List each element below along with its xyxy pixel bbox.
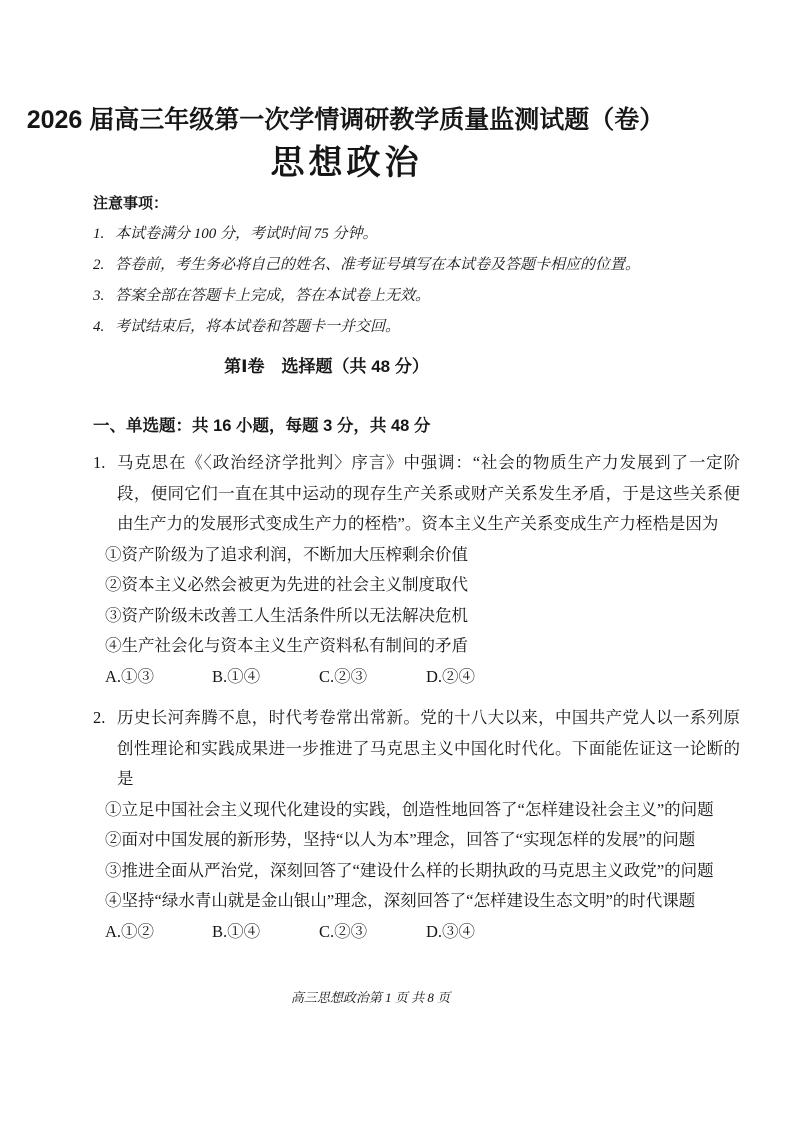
notice-text: 本试卷满分 100 分，考试时间 75 分钟。 <box>115 219 740 250</box>
option-c: C.②③ <box>319 917 426 948</box>
page-content: 2026 届高三年级第一次学情调研教学质量监测试题（卷） 思想政治 注意事项： … <box>93 104 740 1007</box>
page-footer: 高三思想政治第 1 页 共 8 页 <box>47 989 694 1007</box>
question-stem: 2. 历史长河奔腾不息，时代考卷常出常新。党的十八大以来，中国共产党人以一系列原… <box>93 703 740 795</box>
notice-text: 答案全部在答题卡上完成，答在本试卷上无效。 <box>115 281 740 312</box>
answer-options-row: A.①② B.①④ C.②③ D.③④ <box>105 917 740 948</box>
notice-item: 1. 本试卷满分 100 分，考试时间 75 分钟。 <box>93 219 740 250</box>
notice-number: 2. <box>93 250 115 281</box>
question-1: 1. 马克思在《〈政治经济学批判〉序言》中强调：“社会的物质生产力发展到了一定阶… <box>93 448 740 692</box>
exam-title: 2026 届高三年级第一次学情调研教学质量监测试题（卷） <box>22 104 669 136</box>
question-choice-items: ①资产阶级为了追求利润，不断加大压榨剩余价值 ②资本主义必然会被更为先进的社会主… <box>105 540 740 662</box>
question-choice-items: ①立足中国社会主义现代化建设的实践，创造性地回答了“怎样建设社会主义”的问题 ②… <box>105 795 740 917</box>
section-heading: 第Ⅰ卷 选择题（共 48 分） <box>3 355 650 379</box>
notice-text: 答卷前，考生务必将自己的姓名、准考证号填写在本试卷及答题卡相应的位置。 <box>115 250 740 281</box>
exam-paper: 2026 届高三年级第一次学情调研教学质量监测试题（卷） 思想政治 注意事项： … <box>0 0 793 1122</box>
notice-text: 考试结束后，将本试卷和答题卡一并交回。 <box>115 312 740 343</box>
choice-item-2: ②资本主义必然会被更为先进的社会主义制度取代 <box>105 570 740 601</box>
notice-number: 1. <box>93 219 115 250</box>
answer-options-row: A.①③ B.①④ C.②③ D.②④ <box>105 662 740 693</box>
question-number: 2. <box>93 703 117 795</box>
notice-item: 3. 答案全部在答题卡上完成，答在本试卷上无效。 <box>93 281 740 312</box>
option-d: D.③④ <box>426 917 475 948</box>
choice-item-2: ②面对中国发展的新形势，坚持“以人为本”理念，回答了“实现怎样的发展”的问题 <box>105 825 740 856</box>
notice-number: 3. <box>93 281 115 312</box>
choice-item-4: ④生产社会化与资本主义生产资料私有制间的矛盾 <box>105 631 740 662</box>
question-number: 1. <box>93 448 117 540</box>
notice-heading: 注意事项： <box>93 194 740 214</box>
option-a: A.①② <box>105 917 212 948</box>
notice-item: 2. 答卷前，考生务必将自己的姓名、准考证号填写在本试卷及答题卡相应的位置。 <box>93 250 740 281</box>
question-stem: 1. 马克思在《〈政治经济学批判〉序言》中强调：“社会的物质生产力发展到了一定阶… <box>93 448 740 540</box>
choice-item-1: ①立足中国社会主义现代化建设的实践，创造性地回答了“怎样建设社会主义”的问题 <box>105 795 740 826</box>
choice-item-4: ④坚持“绿水青山就是金山银山”理念，深刻回答了“怎样建设生态文明”的时代课题 <box>105 886 740 917</box>
notice-number: 4. <box>93 312 115 343</box>
choice-item-3: ③资产阶级未改善工人生活条件所以无法解决危机 <box>105 601 740 632</box>
option-a: A.①③ <box>105 662 212 693</box>
part-heading: 一、单选题：共 16 小题，每题 3 分，共 48 分 <box>93 415 740 437</box>
option-b: B.①④ <box>212 662 319 693</box>
subject-title: 思想政治 <box>23 142 670 184</box>
option-c: C.②③ <box>319 662 426 693</box>
option-b: B.①④ <box>212 917 319 948</box>
question-stem-text: 马克思在《〈政治经济学批判〉序言》中强调：“社会的物质生产力发展到了一定阶段，便… <box>117 448 740 540</box>
question-2: 2. 历史长河奔腾不息，时代考卷常出常新。党的十八大以来，中国共产党人以一系列原… <box>93 703 740 947</box>
choice-item-3: ③推进全面从严治党，深刻回答了“建设什么样的长期执政的马克思主义政党”的问题 <box>105 856 740 887</box>
notice-list: 1. 本试卷满分 100 分，考试时间 75 分钟。 2. 答卷前，考生务必将自… <box>93 219 740 343</box>
option-d: D.②④ <box>426 662 475 693</box>
choice-item-1: ①资产阶级为了追求利润，不断加大压榨剩余价值 <box>105 540 740 571</box>
question-stem-text: 历史长河奔腾不息，时代考卷常出常新。党的十八大以来，中国共产党人以一系列原创性理… <box>117 703 740 795</box>
notice-item: 4. 考试结束后，将本试卷和答题卡一并交回。 <box>93 312 740 343</box>
